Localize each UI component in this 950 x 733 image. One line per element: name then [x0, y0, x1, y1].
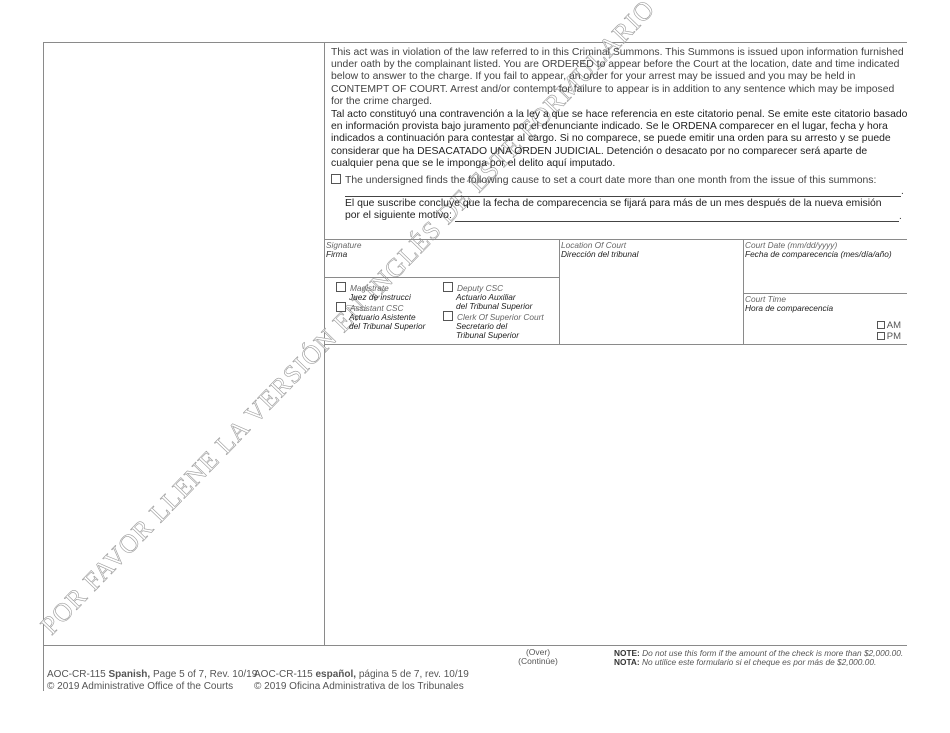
form-id-spanish: AOC-CR-115 español, página 5 de 7, rev. …	[254, 669, 469, 681]
am-option[interactable]: AM	[877, 320, 901, 331]
summons-text-english: This act was in violation of the law ref…	[331, 47, 908, 108]
form-id-english: AOC-CR-115 Spanish, Page 5 of 7, Rev. 10…	[47, 669, 257, 681]
table-bottom-line	[324, 344, 907, 345]
cause-checkbox-label: The undersigned finds the following caus…	[345, 175, 876, 186]
pm-checkbox[interactable]	[877, 332, 885, 340]
pm-label: PM	[887, 331, 901, 342]
magistrate-checkbox[interactable]	[336, 282, 346, 292]
page-es: página 5 de 7, rev. 10/19	[359, 669, 469, 680]
deputy-csc-label-es2: del Tribunal Superior	[456, 302, 532, 311]
signature-field[interactable]: Signature Firma	[326, 241, 556, 275]
clerk-checkbox[interactable]	[443, 311, 453, 321]
motivo-input-line[interactable]	[455, 221, 899, 222]
assistant-csc-checkbox[interactable]	[336, 302, 346, 312]
cause-checkbox[interactable]	[331, 174, 341, 184]
pm-option[interactable]: PM	[877, 331, 901, 342]
table-col1-line	[559, 239, 560, 344]
cause-spanish-line2: por el siguiente motivo:	[345, 210, 452, 221]
frame-top-line	[43, 42, 907, 43]
court-date-field[interactable]: Court Date (mm/dd/yyyy) Fecha de compare…	[745, 241, 905, 291]
magistrate-label-es: Juez de instrucci	[349, 293, 411, 302]
continue-text: (Continúe)	[514, 656, 562, 666]
location-field[interactable]: Location Of Court Dirección del tribunal	[561, 241, 741, 341]
court-time-label-es: Hora de comparecencia	[745, 304, 905, 313]
note-spanish: NOTA: No utilice este formulario si el c…	[614, 657, 876, 667]
title-assistant-csc[interactable]: Assistant CSC Actuario Asistente del Tri…	[336, 302, 425, 331]
cause-input-line[interactable]	[345, 196, 901, 197]
assistant-csc-label-es2: del Tribunal Superior	[349, 322, 425, 331]
lang-en: Spanish,	[109, 669, 151, 680]
copyright-spanish: © 2019 Oficina Administrativa de los Tri…	[254, 681, 464, 693]
title-magistrate[interactable]: Magistrate Juez de instrucci	[336, 282, 411, 302]
deputy-csc-checkbox[interactable]	[443, 282, 453, 292]
lang-es: español,	[316, 669, 357, 680]
form-id-es: AOC-CR-115	[254, 669, 313, 680]
cause-checkbox-row: The undersigned finds the following caus…	[331, 174, 911, 186]
signature-bottom-line	[324, 277, 559, 278]
motivo-line-period: .	[899, 211, 902, 222]
frame-left-line	[43, 42, 44, 691]
am-label: AM	[887, 320, 901, 331]
title-deputy-csc[interactable]: Deputy CSC Actuario Auxiliar del Tribuna…	[443, 282, 532, 311]
title-clerk-superior-court[interactable]: Clerk Of Superior Court Secretario del T…	[443, 311, 544, 340]
frame-bottom-line	[43, 645, 907, 646]
clerk-label-es2: Tribunal Superior	[456, 331, 544, 340]
summons-text-spanish: Tal acto constituyó una contravención a …	[331, 109, 908, 170]
court-date-label-es: Fecha de comparecencia (mes/día/año)	[745, 250, 905, 259]
court-time-field[interactable]: Court Time Hora de comparecencia	[745, 295, 905, 317]
signature-label-en: Signature	[326, 241, 556, 250]
cause-spanish-line1: El que suscribe concluye que la fecha de…	[345, 198, 882, 209]
nota-label: NOTA:	[614, 657, 640, 667]
nota-text: No utilice este formulario si el cheque …	[642, 657, 876, 667]
table-col2-line	[743, 239, 744, 344]
location-label-es: Dirección del tribunal	[561, 250, 741, 259]
cause-line-period: .	[901, 186, 904, 197]
am-checkbox[interactable]	[877, 321, 885, 329]
copyright-english: © 2019 Administrative Office of the Cour…	[47, 681, 233, 693]
signature-label-es: Firma	[326, 250, 556, 259]
form-id-en: AOC-CR-115	[47, 669, 106, 680]
page-en: Page 5 of 7, Rev. 10/19	[153, 669, 257, 680]
